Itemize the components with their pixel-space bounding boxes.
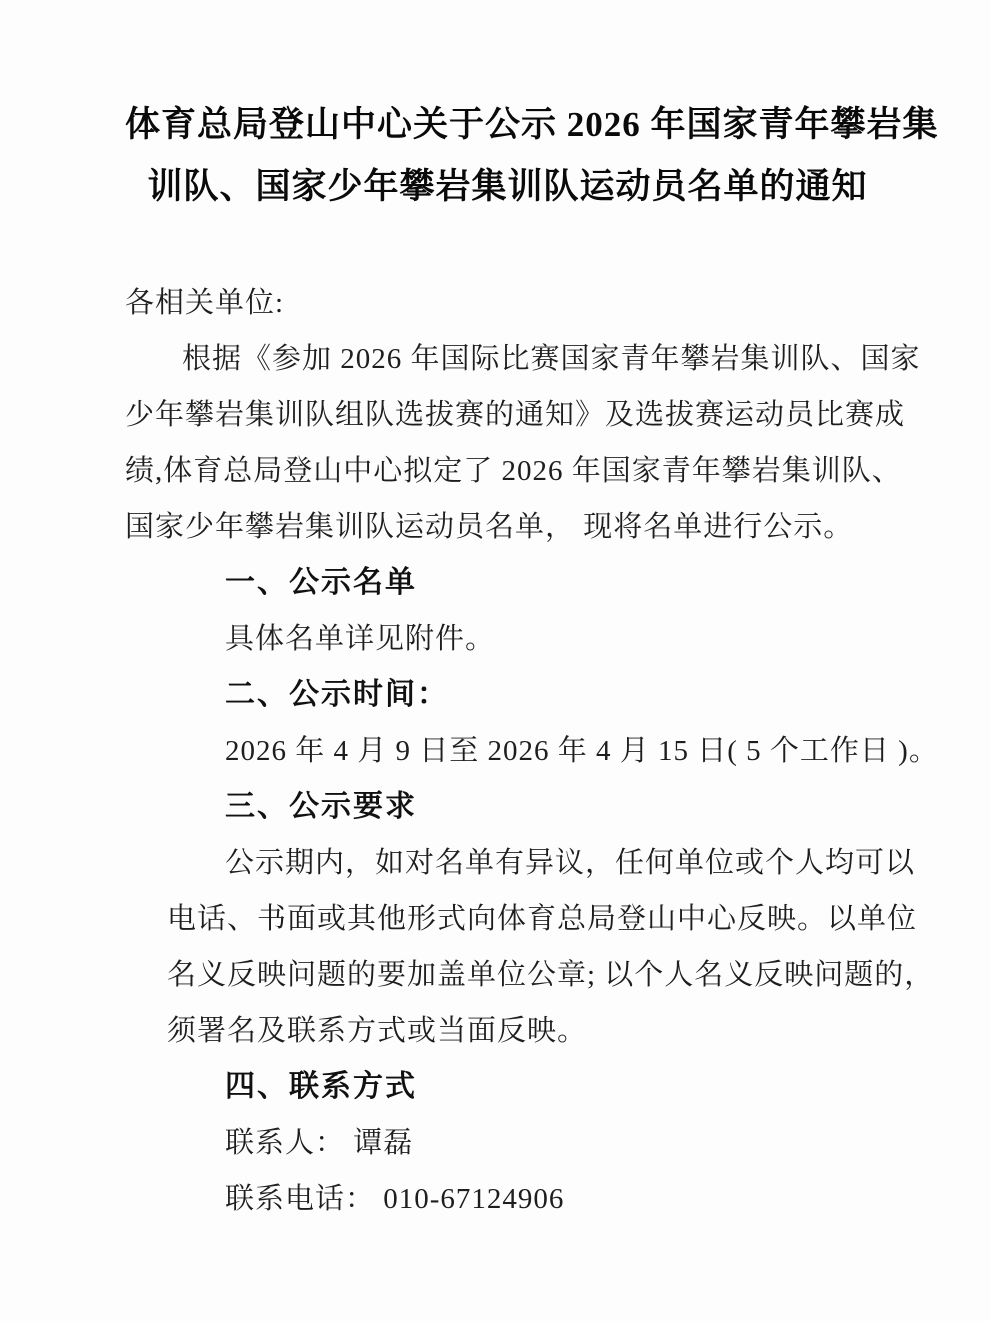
title-line-1: 体育总局登山中心关于公示 2026 年国家青年攀岩集 xyxy=(125,94,890,156)
salutation: 各相关单位: xyxy=(125,275,890,331)
document-body: 各相关单位: 根据《参加 2026 年国际比赛国家青年攀岩集训队、国家 少年攀岩… xyxy=(125,275,890,1227)
section-1-heading: 一、公示名单 xyxy=(125,555,890,611)
section-3-body-line-1: 公示期内，如对名单有异议，任何单位或个人均可以 xyxy=(125,835,890,891)
section-3-body-line-4: 须署名及联系方式或当面反映。 xyxy=(125,1003,890,1059)
section-2-heading: 二、公示时间： xyxy=(125,667,890,723)
section-2-body-line-1: 2026 年 4 月 9 日至 2026 年 4 月 15 日( 5 个工作日 … xyxy=(125,723,890,779)
section-3-body-line-3: 名义反映问题的要加盖单位公章; 以个人名义反映问题的， xyxy=(125,947,890,1003)
title-line-2: 训队、国家少年攀岩集训队运动员名单的通知 xyxy=(125,156,890,218)
intro-line-4: 国家少年攀岩集训队运动员名单， 现将名单进行公示。 xyxy=(125,499,890,555)
section-1-body-line-1: 具体名单详见附件。 xyxy=(125,611,890,667)
document-title: 体育总局登山中心关于公示 2026 年国家青年攀岩集 训队、国家少年攀岩集训队运… xyxy=(125,94,890,218)
section-4-heading: 四、联系方式 xyxy=(125,1059,890,1115)
intro-line-1: 根据《参加 2026 年国际比赛国家青年攀岩集训队、国家 xyxy=(125,331,890,387)
section-3-body-line-2: 电话、书面或其他形式向体育总局登山中心反映。以单位 xyxy=(125,891,890,947)
intro-line-3: 绩,体育总局登山中心拟定了 2026 年国家青年攀岩集训队、 xyxy=(125,443,890,499)
document-page: 体育总局登山中心关于公示 2026 年国家青年攀岩集 训队、国家少年攀岩集训队运… xyxy=(0,0,990,1321)
contact-phone-line: 联系电话： 010-67124906 xyxy=(125,1171,890,1227)
intro-line-2: 少年攀岩集训队组队选拔赛的通知》及选拔赛运动员比赛成 xyxy=(125,387,890,443)
section-3-heading: 三、公示要求 xyxy=(125,779,890,835)
contact-person-line: 联系人： 谭磊 xyxy=(125,1115,890,1171)
